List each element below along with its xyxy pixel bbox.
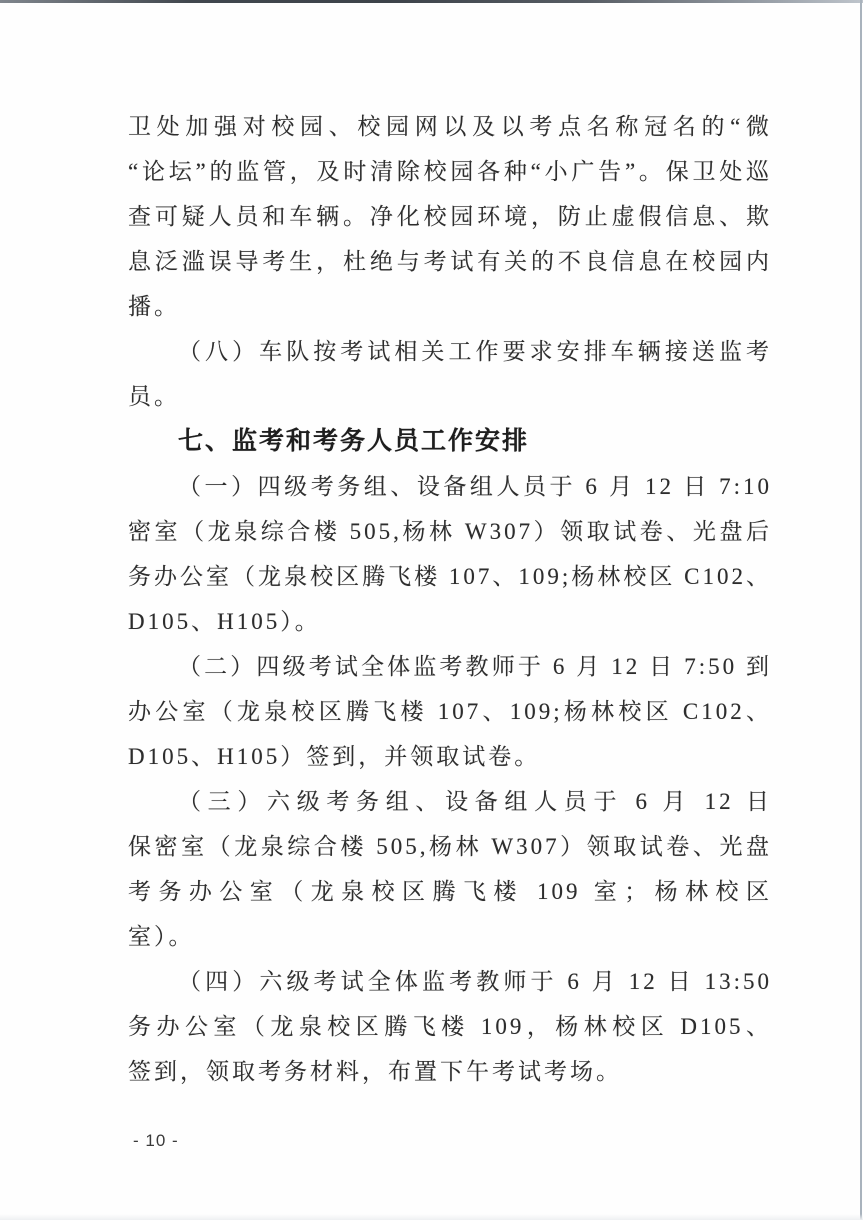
scan-edge-right (860, 0, 862, 1220)
document-line: 播。 (128, 284, 772, 329)
document-line: 查可疑人员和车辆。净化校园环境，防止虚假信息、欺诈信 (128, 194, 772, 239)
document-line: 办公室（龙泉校区腾飞楼 107、109;杨林校区 C102、C110、 (128, 689, 772, 734)
document-line: 员。 (128, 374, 772, 419)
scan-edge-bottom (0, 1214, 863, 1220)
document-line: 务办公室（龙泉校区腾飞楼 107、109;杨林校区 C102、C110、 (128, 554, 772, 599)
document-line: （二）四级考试全体监考教师于 6 月 12 日 7:50 到考务 (128, 644, 772, 689)
document-line: “论坛”的监管，及时清除校园各种“小广告”。保卫处巡 (128, 149, 772, 194)
document-page: 卫处加强对校园、校园网以及以考点名称冠名的“微博”、 “论坛”的监管，及时清除校… (0, 0, 863, 1220)
page-number: - 10 - (133, 1131, 179, 1151)
document-line: 室）。 (128, 914, 772, 959)
document-line: 考务办公室（龙泉校区腾飞楼 109 室；杨林校区 D105、H105 (128, 869, 772, 914)
document-line: D105、H105）。 (128, 599, 772, 644)
document-line: 保密室（龙泉综合楼 505,杨林 W307）领取试卷、光盘后到 (128, 824, 772, 869)
scan-edge-top (0, 0, 863, 3)
section-heading: 七、监考和考务人员工作安排 (128, 419, 772, 464)
document-line: 卫处加强对校园、校园网以及以考点名称冠名的“微博”、 (128, 104, 772, 149)
document-line: 签到，领取考务材料，布置下午考试考场。 (128, 1049, 772, 1094)
document-line: （一）四级考务组、设备组人员于 6 月 12 日 7:10 到保 (128, 464, 772, 509)
document-line: 务办公室（龙泉校区腾飞楼 109，杨林校区 D105、H105 室） (128, 1004, 772, 1049)
document-line: （三）六级考务组、设备组人员于 6 月 12 日 13:30 到 (128, 779, 772, 824)
document-line: 密室（龙泉综合楼 505,杨林 W307）领取试卷、光盘后到考 (128, 509, 772, 554)
document-line: （八）车队按考试相关工作要求安排车辆接送监考人 (128, 329, 772, 374)
document-line: D105、H105）签到，并领取试卷。 (128, 734, 772, 779)
document-body: 卫处加强对校园、校园网以及以考点名称冠名的“微博”、 “论坛”的监管，及时清除校… (128, 104, 772, 1094)
document-line: 息泛滥误导考生，杜绝与考试有关的不良信息在校园内传 (128, 239, 772, 284)
document-line: （四）六级考试全体监考教师于 6 月 12 日 13:50 到考 (128, 959, 772, 1004)
